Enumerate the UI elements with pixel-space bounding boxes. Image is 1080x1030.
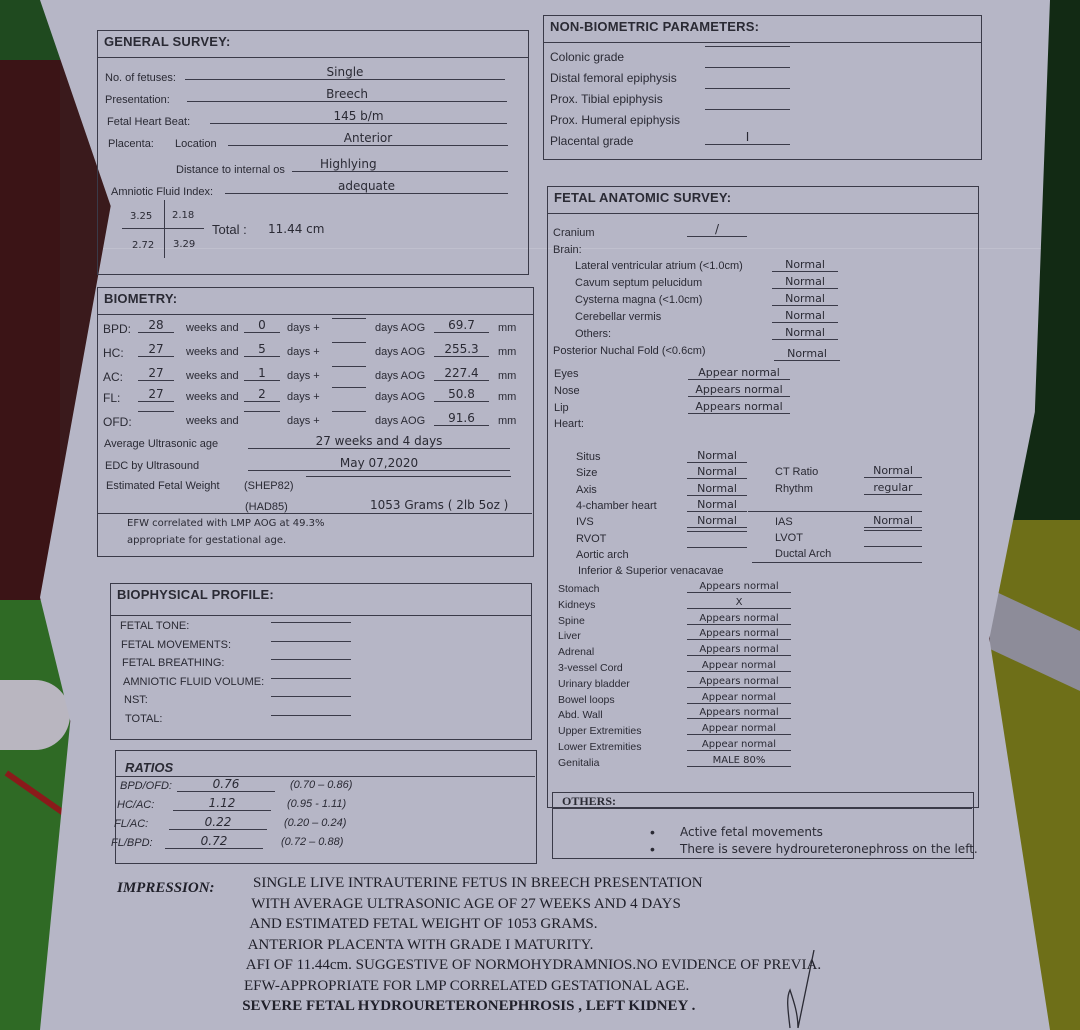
efw-label: Estimated Fetal Weight (106, 480, 220, 492)
organ-label: Bowel loops (558, 694, 615, 706)
biophysical-value (271, 715, 351, 716)
general-survey-section-title: GENERAL SURVEY: (98, 31, 528, 58)
heart-item-value: Normal (687, 482, 747, 496)
organ-label: Urinary bladder (558, 678, 630, 690)
biophysical-label: FETAL TONE: (120, 620, 189, 632)
heart-item-label: 4-chamber heart (576, 500, 657, 512)
heart-item-label: IAS (775, 516, 793, 528)
heart-item-label: Ductal Arch (775, 548, 831, 560)
afi-quadrant-4: 3.29 (173, 239, 195, 250)
heart-item-value: Normal (687, 514, 747, 528)
biometry-extra-days-value (332, 342, 366, 343)
efw-had-value: 1053 Grams ( 2lb 5oz ) (370, 498, 508, 512)
biophysical-label: FETAL BREATHING: (122, 657, 224, 669)
afi-quadrant-1: 3.25 (130, 211, 152, 222)
ratios-title: RATIOS (125, 760, 173, 775)
biophysical-value (271, 696, 351, 697)
biometry-mm-value: 255.3 (434, 342, 489, 357)
heart-item-value: Normal (864, 514, 922, 528)
afi-quadrant-3: 2.72 (132, 240, 154, 251)
non-biometric-label: Colonic grade (550, 50, 624, 64)
afi-quadrant-2: 2.18 (172, 210, 194, 221)
impression-line: EFW-APPROPRIATE FOR LMP CORRELATED GESTA… (244, 978, 689, 995)
biophysical-label: AMNIOTIC FLUID VOLUME: (123, 676, 264, 688)
heart-item-value (687, 547, 747, 548)
organ-value: Appears normal (687, 644, 791, 656)
ratio-range: (0.72 – 0.88) (281, 836, 343, 848)
face-item-value: Appears normal (688, 400, 790, 414)
biometry-row-label: OFD: (103, 415, 132, 429)
ratio-value: 1.12 (173, 796, 271, 811)
distance-internal-os-value: Highlying (292, 157, 508, 172)
heart-label: Heart: (554, 418, 584, 430)
ratio-range: (0.70 – 0.86) (290, 779, 352, 791)
biophysical-value (271, 622, 351, 623)
weeks-label: weeks and (186, 415, 239, 427)
face-item-label: Nose (554, 385, 580, 397)
heart-item-label: Rhythm (775, 483, 813, 495)
biometry-weeks-value: 28 (138, 318, 174, 333)
average-ultrasonic-age-value: 27 weeks and 4 days (248, 434, 510, 449)
brain-item-label: Cysterna magna (<1.0cm) (575, 294, 702, 306)
non-biometric-value: I (705, 130, 790, 145)
impression-line: SINGLE LIVE INTRAUTERINE FETUS IN BREECH… (253, 875, 703, 892)
biometry-weeks-value: 27 (138, 366, 174, 381)
organ-value: Appear normal (687, 692, 791, 704)
organ-value: Appear normal (687, 739, 791, 751)
organ-value: Appear normal (687, 660, 791, 672)
bullet-icon: • (650, 824, 655, 840)
organ-value: Appears normal (687, 707, 791, 719)
efw-shep-value (306, 476, 511, 477)
fetal-anatomic-survey-section-title: FETAL ANATOMIC SURVEY: (548, 187, 978, 214)
brain-label: Brain: (553, 244, 582, 256)
others-bullet-text: There is severe hydroureteronephross on … (680, 842, 978, 856)
biometry-weeks-value: 27 (138, 387, 174, 402)
field-label: Location (175, 138, 217, 150)
four-chamber-line-extension (748, 511, 922, 512)
biometry-mm-value: 227.4 (434, 366, 489, 381)
biometry-row-label: AC: (103, 370, 123, 384)
heart-item-label: Aortic arch (576, 549, 629, 561)
brain-item-value: Normal (772, 326, 838, 340)
days-aog-label: days AOG (375, 346, 425, 358)
biometry-days-value: 0 (244, 318, 280, 333)
impression-line: WITH AVERAGE ULTRASONIC AGE OF 27 WEEKS … (251, 896, 681, 913)
brain-item-label: Lateral ventricular atrium (<1.0cm) (575, 260, 743, 272)
biometry-weeks-value: 27 (138, 342, 174, 357)
weeks-label: weeks and (186, 391, 239, 403)
field-label: Amniotic Fluid Index: (111, 186, 213, 198)
afi-total-label: Total : (212, 222, 247, 237)
heart-item-value: Normal (687, 498, 747, 512)
organ-value: MALE 80% (687, 755, 791, 767)
biometry-row-label: FL: (103, 391, 120, 405)
field-label: No. of fetuses: (105, 72, 176, 84)
ratio-label: BPD/OFD: (120, 780, 172, 792)
unit-label: mm (498, 322, 516, 334)
non-biometric-label: Prox. Tibial epiphysis (550, 92, 663, 106)
biometry-days-value: 2 (244, 387, 280, 402)
impression-line: AND ESTIMATED FETAL WEIGHT OF 1053 GRAMS… (249, 916, 597, 933)
weeks-label: weeks and (186, 370, 239, 382)
biometry-mm-value: 69.7 (434, 318, 489, 333)
days-aog-label: days AOG (375, 322, 425, 334)
biometry-days-value: 1 (244, 366, 280, 381)
field-label: Distance to internal os (176, 164, 285, 176)
heart-item-value: Normal (864, 464, 922, 478)
unit-label: mm (498, 415, 516, 427)
ratio-range: (0.20 – 0.24) (284, 817, 346, 829)
days-label: days + (287, 370, 320, 382)
non-biometric-label: Distal femoral epiphysis (550, 71, 677, 85)
biometry-section-title: BIOMETRY: (98, 288, 533, 315)
non-biometric-value (705, 88, 790, 89)
field-label: Presentation: (105, 94, 170, 106)
biophysical-profile-section-title: BIOPHYSICAL PROFILE: (111, 584, 531, 616)
organ-label: Spine (558, 615, 585, 627)
heart-item-value: regular (864, 481, 922, 495)
heart-item-label: LVOT (775, 532, 803, 544)
heart-item-value: Normal (687, 465, 747, 479)
face-item-label: Eyes (554, 368, 578, 380)
organ-value: Appears normal (687, 581, 791, 593)
brain-item-label: Others: (575, 328, 611, 340)
heart-item-label: Size (576, 467, 597, 479)
field-label: Fetal Heart Beat: (107, 116, 190, 128)
cranium-value: / (687, 222, 747, 237)
days-aog-label: days AOG (375, 391, 425, 403)
ratio-range: (0.95 - 1.11) (287, 798, 346, 810)
edc-value: May 07,2020 (248, 456, 510, 471)
nuchal-fold-value: Normal (774, 347, 840, 361)
biometry-mm-value: 50.8 (434, 387, 489, 402)
face-item-label: Lip (554, 402, 569, 414)
impression-label: IMPRESSION: (117, 880, 215, 897)
biometry-extra-days-value (332, 366, 366, 367)
afi-total-value: 11.44 cm (268, 222, 324, 236)
biometry-extra-days-value (332, 318, 366, 319)
ratio-value: 0.76 (177, 777, 275, 792)
face-item-value: Appear normal (688, 366, 790, 380)
organ-value: Appears normal (687, 613, 791, 625)
days-label: days + (287, 322, 320, 334)
organ-label: 3-vessel Cord (558, 662, 623, 674)
ratio-label: FL/AC: (114, 818, 148, 830)
brain-item-label: Cerebellar vermis (575, 311, 661, 323)
biophysical-label: NST: (124, 694, 148, 706)
biometry-days-value: 5 (244, 342, 280, 357)
face-item-value: Appears normal (688, 383, 790, 397)
days-label: days + (287, 415, 320, 427)
afi-cross-vertical (164, 200, 165, 258)
signature-mark (780, 950, 820, 1030)
others-title: OTHERS: (562, 794, 616, 809)
organ-value: Appears normal (687, 676, 791, 688)
afi-cross-horizontal (122, 228, 204, 229)
unit-label: mm (498, 346, 516, 358)
weeks-label: weeks and (186, 346, 239, 358)
brain-item-value: Normal (772, 258, 838, 272)
heart-item-label: CT Ratio (775, 466, 818, 478)
biophysical-label: FETAL MOVEMENTS: (121, 639, 231, 651)
efw-note-line-1: EFW correlated with LMP AOG at 49.3% (127, 518, 325, 529)
ratio-label: FL/BPD: (111, 837, 153, 849)
presentation-value: Breech (187, 87, 507, 102)
cranium-label: Cranium (553, 227, 595, 239)
efw-shep-label: (SHEP82) (244, 480, 294, 492)
biophysical-value (271, 678, 351, 679)
heart-item-label: Axis (576, 484, 597, 496)
field-label: Placenta: (108, 138, 154, 150)
non-biometric-value (705, 67, 790, 68)
ratio-value: 0.22 (169, 815, 267, 830)
impression-line: ANTERIOR PLACENTA WITH GRADE I MATURITY. (248, 937, 594, 954)
days-label: days + (287, 346, 320, 358)
heart-item-value (864, 530, 922, 531)
venacavae-value (752, 562, 922, 563)
organ-label: Kidneys (558, 599, 595, 611)
nuchal-fold-label: Posterior Nuchal Fold (<0.6cm) (553, 345, 706, 357)
unit-label: mm (498, 391, 516, 403)
days-aog-label: days AOG (375, 370, 425, 382)
organ-value: X (687, 597, 791, 609)
heart-item-value (864, 546, 922, 547)
brain-item-value: Normal (772, 275, 838, 289)
heart-item-label: IVS (576, 516, 594, 528)
unit-label: mm (498, 370, 516, 382)
amniotic-fluid-index-value: adequate (225, 179, 508, 194)
biophysical-value (271, 659, 351, 660)
brain-item-value: Normal (772, 292, 838, 306)
heart-item-value (687, 531, 747, 532)
venacavae-label: Inferior & Superior venacavae (578, 565, 724, 577)
ratio-value: 0.72 (165, 834, 263, 849)
non-biometric-section-title: NON-BIOMETRIC PARAMETERS: (544, 16, 981, 43)
biometry-mm-value: 91.6 (434, 411, 489, 426)
organ-label: Abd. Wall (558, 709, 603, 721)
non-biometric-value (705, 46, 790, 47)
biophysical-value (271, 641, 351, 642)
organ-label: Lower Extremities (558, 741, 641, 753)
heart-item-value: Normal (687, 449, 747, 463)
biophysical-label: TOTAL: (125, 713, 163, 725)
ratio-label: HC/AC: (117, 799, 154, 811)
biometry-row-label: HC: (103, 346, 124, 360)
biometry-extra-days-value (332, 387, 366, 388)
organ-value: Appears normal (687, 628, 791, 640)
average-ultrasonic-age-label: Average Ultrasonic age (104, 438, 218, 450)
fetal-heart-beat-value: 145 b/m (210, 109, 507, 124)
non-biometric-label: Prox. Humeral epiphysis (550, 113, 680, 127)
non-biometric-value (705, 109, 790, 110)
weeks-label: weeks and (186, 322, 239, 334)
heart-item-label: Situs (576, 451, 600, 463)
bullet-icon: • (650, 841, 655, 857)
organ-label: Liver (558, 630, 581, 642)
biometry-note-divider (97, 513, 532, 514)
placenta-location-value: Anterior (228, 131, 508, 146)
efw-had-label: (HAD85) (245, 501, 288, 513)
organ-value: Appear normal (687, 723, 791, 735)
others-bullet-text: Active fetal movements (680, 825, 823, 839)
organ-label: Stomach (558, 583, 599, 595)
organ-label: Genitalia (558, 757, 599, 769)
edc-label: EDC by Ultrasound (105, 460, 199, 472)
biometry-days-value (244, 411, 280, 412)
biometry-extra-days-value (332, 411, 366, 412)
fetuses-value: Single (185, 65, 505, 80)
non-biometric-label: Placental grade (550, 134, 633, 148)
days-label: days + (287, 391, 320, 403)
biometry-row-label: BPD: (103, 322, 131, 336)
heart-item-label: RVOT (576, 533, 606, 545)
organ-label: Upper Extremities (558, 725, 641, 737)
organ-label: Adrenal (558, 646, 594, 658)
efw-note-line-2: appropriate for gestational age. (127, 535, 286, 546)
impression-line: AFI OF 11.44cm. SUGGESTIVE OF NORMOHYDRA… (246, 957, 821, 974)
impression-line: SEVERE FETAL HYDROURETERONEPHROSIS , LEF… (242, 998, 695, 1015)
biometry-weeks-value (138, 411, 174, 412)
days-aog-label: days AOG (375, 415, 425, 427)
brain-item-label: Cavum septum pelucidum (575, 277, 702, 289)
brain-item-value: Normal (772, 309, 838, 323)
